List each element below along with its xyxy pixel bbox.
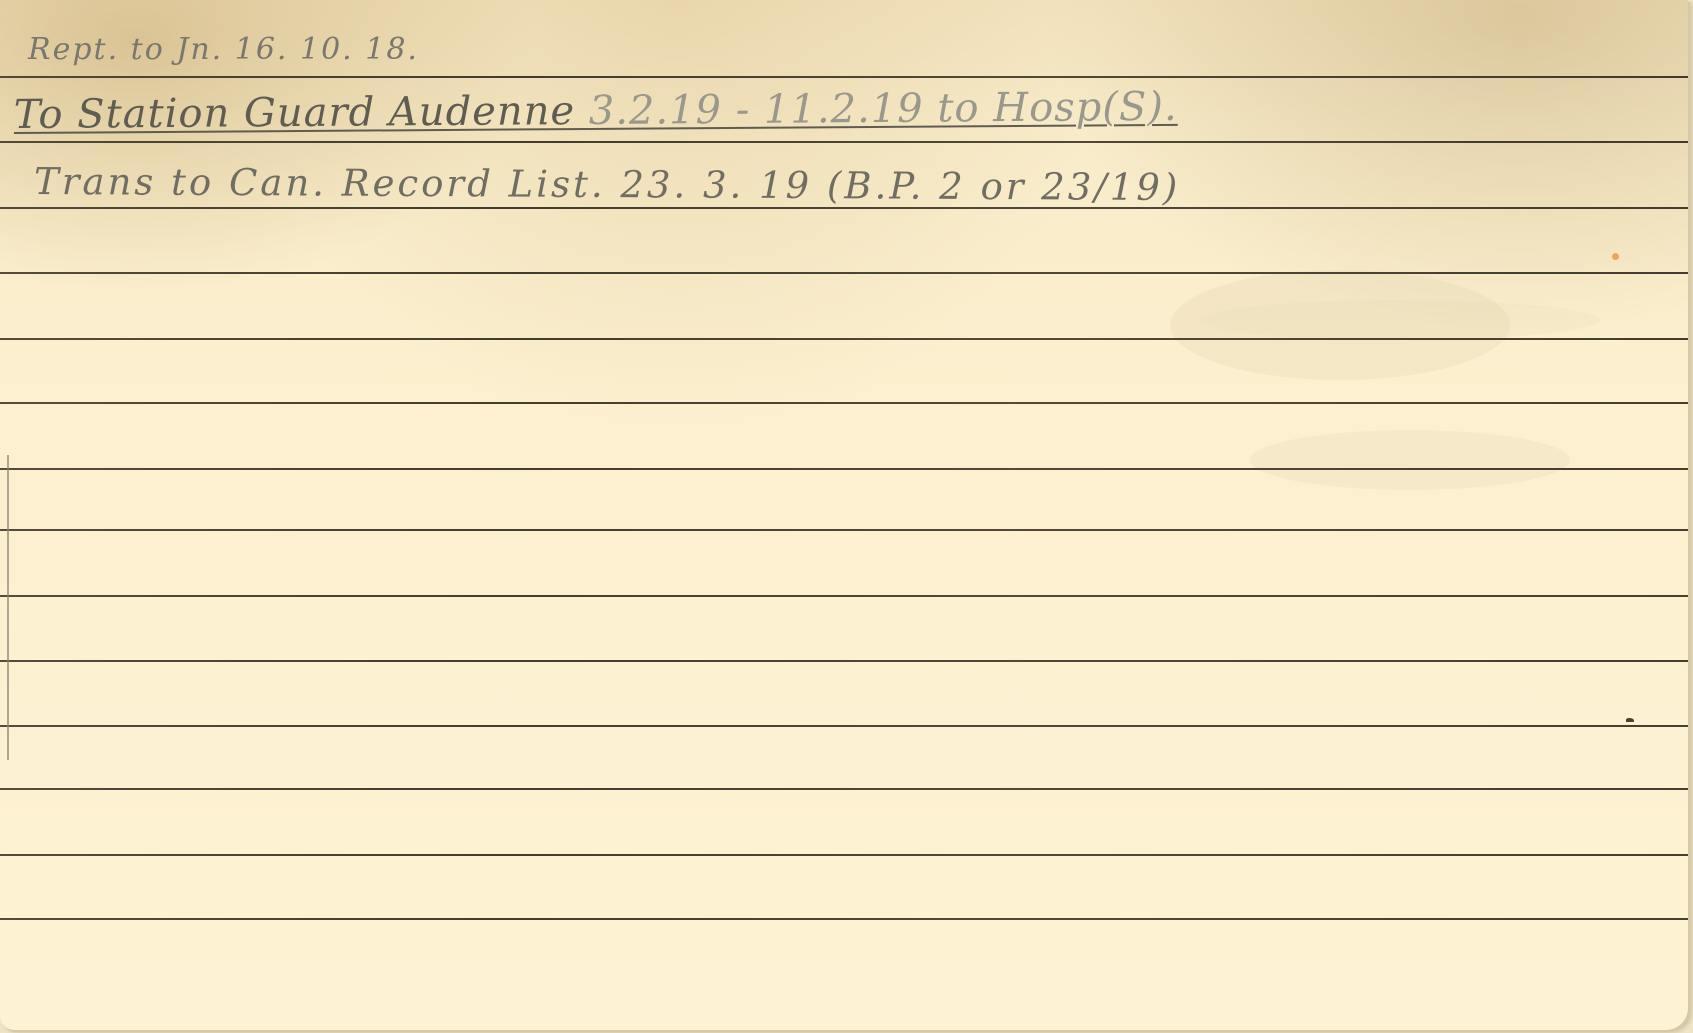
scanned-document: Rept. to Jn. 16. 10. 18. To Station Guar… [0,0,1693,1033]
ruled-line [0,272,1688,274]
paper-stain [1170,270,1510,380]
paper-stain [1250,430,1570,490]
paper-speck [1612,253,1619,260]
ruled-line [0,595,1688,597]
left-margin-line [7,455,9,760]
ruled-line [0,76,1688,78]
ruled-line [0,338,1688,340]
ruled-line [0,854,1688,856]
ruled-line [0,468,1688,470]
ruled-line [0,918,1688,920]
handwritten-entry-station-guard: To Station Guard Audenne 3.2.19 - 11.2.1… [14,84,1178,138]
ruled-line [0,529,1688,531]
handwritten-entry-report-date: Rept. to Jn. 16. 10. 18. [28,32,419,67]
record-card: Rept. to Jn. 16. 10. 18. To Station Guar… [0,0,1688,1030]
ruled-line [0,141,1688,143]
paper-stain [1200,300,1600,340]
ruled-line [0,207,1688,209]
ruled-line [0,660,1688,662]
entry-station-guard-dates: 3.2.19 - 11.2.19 to Hosp(S). [589,84,1178,134]
ruled-line [0,725,1688,727]
ink-mark [1626,718,1634,722]
handwritten-entry-transfer: Trans to Can. Record List. 23. 3. 19 (B.… [34,160,1180,209]
entry-station-guard-text: To Station Guard Audenne [14,88,589,138]
ruled-line [0,788,1688,790]
ruled-line [0,402,1688,404]
